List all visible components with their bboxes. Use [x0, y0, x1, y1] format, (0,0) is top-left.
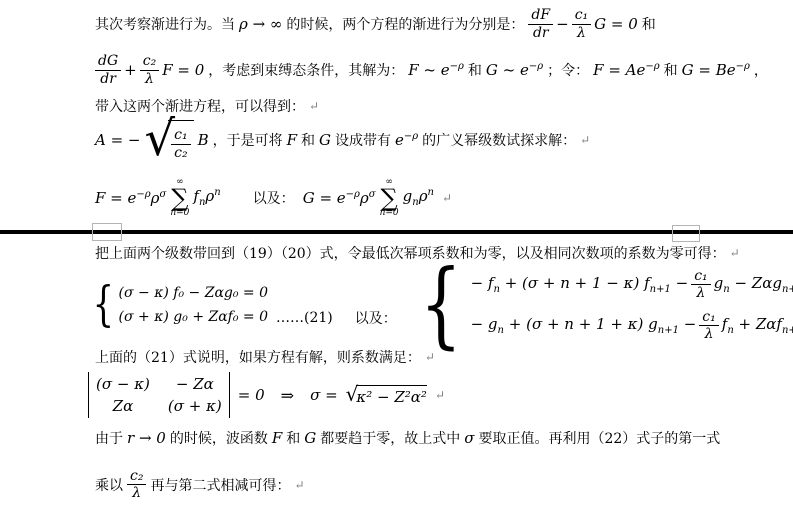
text-run: 由于: [95, 428, 123, 448]
paragraph-2: A = − √ c₁ c₂ B ，于是可将 F 和 G 设成带有 e−ρ 的广义…: [95, 112, 590, 168]
text-run: 以及：: [253, 188, 295, 208]
paragraph-9: 乘以 c₂ λ 再与第二式相减可得： ↵: [95, 460, 305, 509]
fraction-c1-lambda: c₁ λ: [691, 268, 710, 301]
det-cell-11: (σ − κ): [96, 375, 150, 393]
text-run: ，考虑到束缚态条件，其解为：: [208, 60, 404, 80]
equation-22-row-2: − gn + (σ + n + 1 + κ) gn+1 − c₁ λ fn + …: [471, 309, 793, 342]
equation-tail: G = 0: [594, 15, 638, 33]
equation-tail: F = 0: [162, 61, 204, 79]
sigma-symbol: ∑: [381, 187, 398, 210]
implies-arrow: ⇒: [281, 386, 294, 405]
paragraph-5: { (σ − κ) f₀ − Zαg₀ = 0 (σ + κ) g₀ + Zαf…: [88, 260, 793, 350]
equals-zero: = 0: [238, 386, 265, 404]
left-brace: {: [93, 283, 114, 326]
fraction-c2-lambda: c₂ λ: [127, 468, 146, 501]
math-rho-to-infinity: ρ → ∞: [239, 15, 282, 33]
text-run: 设成带有: [335, 130, 391, 150]
equation-21-label: ……(21): [276, 310, 333, 326]
paragraph-mark: ↵: [294, 478, 304, 492]
fraction-dF-dr: dF dr: [528, 7, 553, 40]
paragraph-1-line-2: dG dr + c₂ λ F = 0 ，考虑到束缚态条件，其解为： F ~ e−…: [95, 46, 768, 94]
text-run: 要取正值。再利用（22）式子的第一式: [478, 428, 720, 448]
text-run: 和: [642, 14, 656, 34]
det-cell-22: (σ + κ): [168, 397, 222, 415]
equation-dF-dr: dF dr − c₁ λ G = 0: [528, 7, 637, 40]
text-run: 和: [664, 60, 678, 80]
math-F-ansatz: F = Ae−ρ: [593, 61, 660, 79]
paragraph-mark: ↵: [425, 350, 435, 364]
math-F-asymptotic: F ~ e−ρ: [408, 61, 464, 79]
equation-21-row-1: (σ − κ) f₀ − Zαg₀ = 0: [119, 285, 268, 301]
sum-lower-limit: n=0: [380, 209, 399, 218]
paragraph-mark: ↵: [442, 191, 452, 205]
text-run: 的广义幂级数试探求解：: [422, 130, 576, 150]
paragraph-3: F = e−ρρσ ∞ ∑ n=0 fnρn 以及： G = e−ρρσ ∞ ∑…: [95, 168, 452, 228]
text-run: 的时候，波函数: [170, 428, 268, 448]
math-r-to-zero: r → 0: [127, 429, 166, 447]
det-cell-12: − Zα: [168, 375, 222, 393]
text-run: 乘以: [95, 475, 123, 495]
left-brace: {: [420, 263, 462, 348]
equation-21-row-2: (σ + κ) g₀ + Zαf₀ = 0: [119, 309, 268, 325]
fraction-c1-lambda: c₁ λ: [572, 7, 591, 40]
math-G-asymptotic: G ~ e−ρ: [486, 61, 543, 79]
paragraph-8: 由于 r → 0 的时候，波函数 F 和 G 都要趋于零，故上式中 σ 要取正值…: [95, 428, 720, 448]
equation-B: B: [198, 131, 209, 149]
fraction-c2-lambda: c₂ λ: [140, 53, 159, 86]
paragraph-mark: ↵: [309, 99, 319, 113]
text-run: 上面的（21）式说明，如果方程有解，则系数满足：: [95, 347, 421, 367]
paragraph-1-line-1: 其次考察渐进行为。当 ρ → ∞ 的时候，两个方程的渐进行为分别是： dF dr…: [95, 0, 656, 48]
text-run: 和: [286, 428, 300, 448]
det-cell-21: Zα: [96, 397, 150, 415]
text-run: 再与第二式相减可得：: [150, 475, 290, 495]
text-run: 的时候，两个方程的渐进行为分别是：: [286, 14, 524, 34]
text-boundary-mark-right: [672, 225, 700, 242]
sigma-symbol: ∑: [171, 187, 188, 210]
text-run: 和: [468, 60, 482, 80]
text-run: 都要趋于零，故上式中: [320, 428, 460, 448]
math-F: F: [272, 429, 282, 447]
paragraph-6: 上面的（21）式说明，如果方程有解，则系数满足： ↵: [95, 347, 435, 367]
math-G: G: [319, 131, 331, 149]
operator: +: [124, 61, 137, 79]
determinant-matrix: (σ − κ) − Zα Zα (σ + κ): [88, 372, 230, 418]
text-run: ，于是可将: [213, 130, 283, 150]
fraction-c1-c2: c₁ c₂: [171, 127, 190, 160]
text-run: 和: [301, 130, 315, 150]
paragraph-mark: ↵: [730, 246, 740, 260]
text-run: ；令：: [547, 60, 589, 80]
math-F: F: [287, 131, 297, 149]
sigma-equals: σ =: [310, 386, 338, 404]
text-boundary-mark-left: [92, 223, 122, 241]
equation-dG-dr: dG dr + c₂ λ F = 0: [95, 53, 204, 86]
fraction-dG-dr: dG dr: [95, 53, 121, 86]
equation-22-row-1: − fn + (σ + n + 1 − κ) fn+1 − c₁ λ gn − …: [471, 268, 793, 301]
math-e-minus-rho: e−ρ: [395, 131, 418, 149]
text-run: 其次考察渐进行为。当: [95, 14, 235, 34]
equation-F-series: F = e−ρρσ ∞ ∑ n=0 fnρn: [95, 178, 221, 219]
math-sigma: σ: [464, 429, 474, 447]
equation-22-system: { − fn + (σ + n + 1 − κ) fn+1 − c₁ λ gn …: [411, 263, 793, 348]
text-run: ，: [754, 60, 768, 80]
summation: ∞ ∑ n=0: [380, 178, 399, 219]
math-G: G: [304, 429, 316, 447]
equation-G-series: G = e−ρρσ ∞ ∑ n=0 gnρn: [303, 178, 434, 219]
summation: ∞ ∑ n=0: [170, 178, 189, 219]
text-run: 以及：: [355, 308, 397, 328]
equation-21-system: { (σ − κ) f₀ − Zαg₀ = 0 (σ + κ) g₀ + Zαf…: [88, 283, 268, 326]
radical-kappa-expression: √ κ² − Z²α²: [346, 385, 427, 406]
fraction-c1-lambda: c₁ λ: [699, 309, 718, 342]
equation-A-lhs: A = −: [95, 131, 141, 149]
paragraph-7: (σ − κ) − Zα Zα (σ + κ) = 0 ⇒ σ = √ κ² −…: [88, 369, 445, 421]
paragraph-mark: ↵: [435, 388, 445, 402]
math-G-ansatz: G = Be−ρ: [682, 61, 750, 79]
sum-lower-limit: n=0: [170, 209, 189, 218]
operator: −: [556, 15, 569, 33]
radical-c1-over-c2: √ c₁ c₂: [145, 119, 194, 160]
paragraph-mark: ↵: [580, 133, 590, 147]
